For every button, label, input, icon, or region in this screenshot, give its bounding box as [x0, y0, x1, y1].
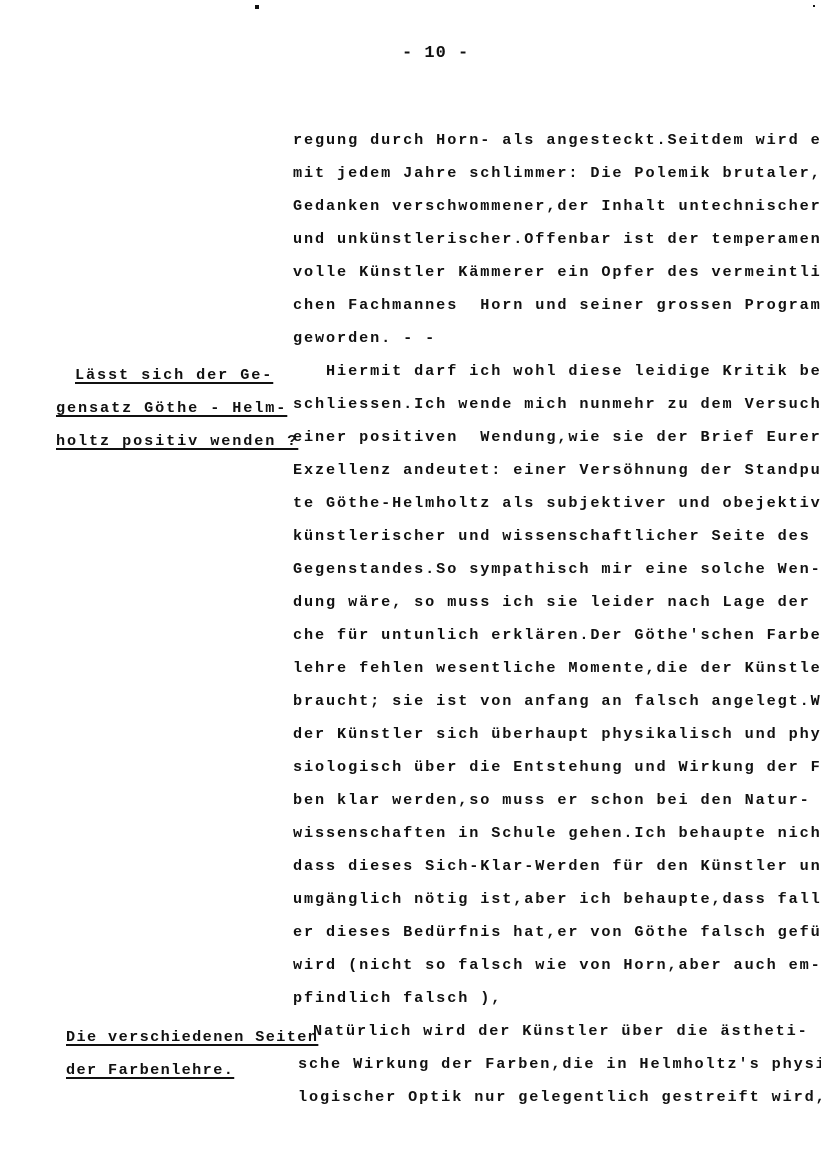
body-line: wissenschaften in Schule gehen.Ich behau… [293, 823, 821, 843]
body-line: er dieses Bedürfnis hat,er von Göthe fal… [293, 922, 821, 942]
body-line: Exzellenz andeutet: einer Versöhnung der… [293, 460, 821, 480]
body-line: Natürlich wird der Künstler über die äst… [313, 1021, 809, 1041]
body-line: sche Wirkung der Farben,die in Helmholtz… [298, 1054, 821, 1074]
margin-note-line: Die verschiedenen Seiten [66, 1027, 318, 1047]
body-line: wird (nicht so falsch wie von Horn,aber … [293, 955, 821, 975]
body-line: mit jedem Jahre schlimmer: Die Polemik b… [293, 163, 821, 183]
paper-speck [255, 5, 259, 9]
body-line: siologisch über die Entstehung und Wirku… [293, 757, 821, 777]
margin-note-line: Lässt sich der Ge- [75, 365, 273, 385]
page-number: - 10 - [402, 44, 469, 63]
body-line: volle Künstler Kämmerer ein Opfer des ve… [293, 262, 821, 282]
body-line: und unkünstlerischer.Offenbar ist der te… [293, 229, 821, 249]
body-line: che für untunlich erklären.Der Göthe'sch… [293, 625, 821, 645]
body-line: regung durch Horn- als angesteckt.Seitde… [293, 130, 821, 150]
margin-note-line: holtz positiv wenden ? [56, 431, 298, 451]
body-line: Gegenstandes.So sympathisch mir eine sol… [293, 559, 821, 579]
body-line: künstlerischer und wissenschaftlicher Se… [293, 526, 811, 546]
body-line: dung wäre, so muss ich sie leider nach L… [293, 592, 821, 612]
body-line: lehre fehlen wesentliche Momente,die der… [293, 658, 821, 678]
body-line: braucht; sie ist von anfang an falsch an… [293, 691, 821, 711]
body-line: der Künstler sich überhaupt physikalisch… [293, 724, 821, 744]
body-line: Gedanken verschwommener,der Inhalt untec… [293, 196, 821, 216]
body-line: dass dieses Sich-Klar-Werden für den Kün… [293, 856, 821, 876]
body-line: umgänglich nötig ist,aber ich behaupte,d… [293, 889, 821, 909]
body-line: chen Fachmannes Horn und seiner grossen … [293, 295, 821, 315]
body-line: ben klar werden,so muss er schon bei den… [293, 790, 811, 810]
body-line: pfindlich falsch ), [293, 988, 502, 1008]
body-line: schliessen.Ich wende mich nunmehr zu dem… [293, 394, 821, 414]
margin-note-line: gensatz Göthe - Helm- [56, 398, 287, 418]
body-line: einer positiven Wendung,wie sie der Brie… [293, 427, 821, 447]
body-line: Hiermit darf ich wohl diese leidige Krit… [293, 361, 821, 381]
typewritten-page: - 10 - Lässt sich der Ge- gensatz Göthe … [0, 0, 821, 1169]
body-line: geworden. - - [293, 328, 436, 348]
paper-speck [813, 5, 815, 7]
body-line: logischer Optik nur gelegentlich gestrei… [298, 1087, 821, 1107]
margin-note-line: der Farbenlehre. [66, 1060, 234, 1080]
body-line: te Göthe-Helmholtz als subjektiver und o… [293, 493, 821, 513]
